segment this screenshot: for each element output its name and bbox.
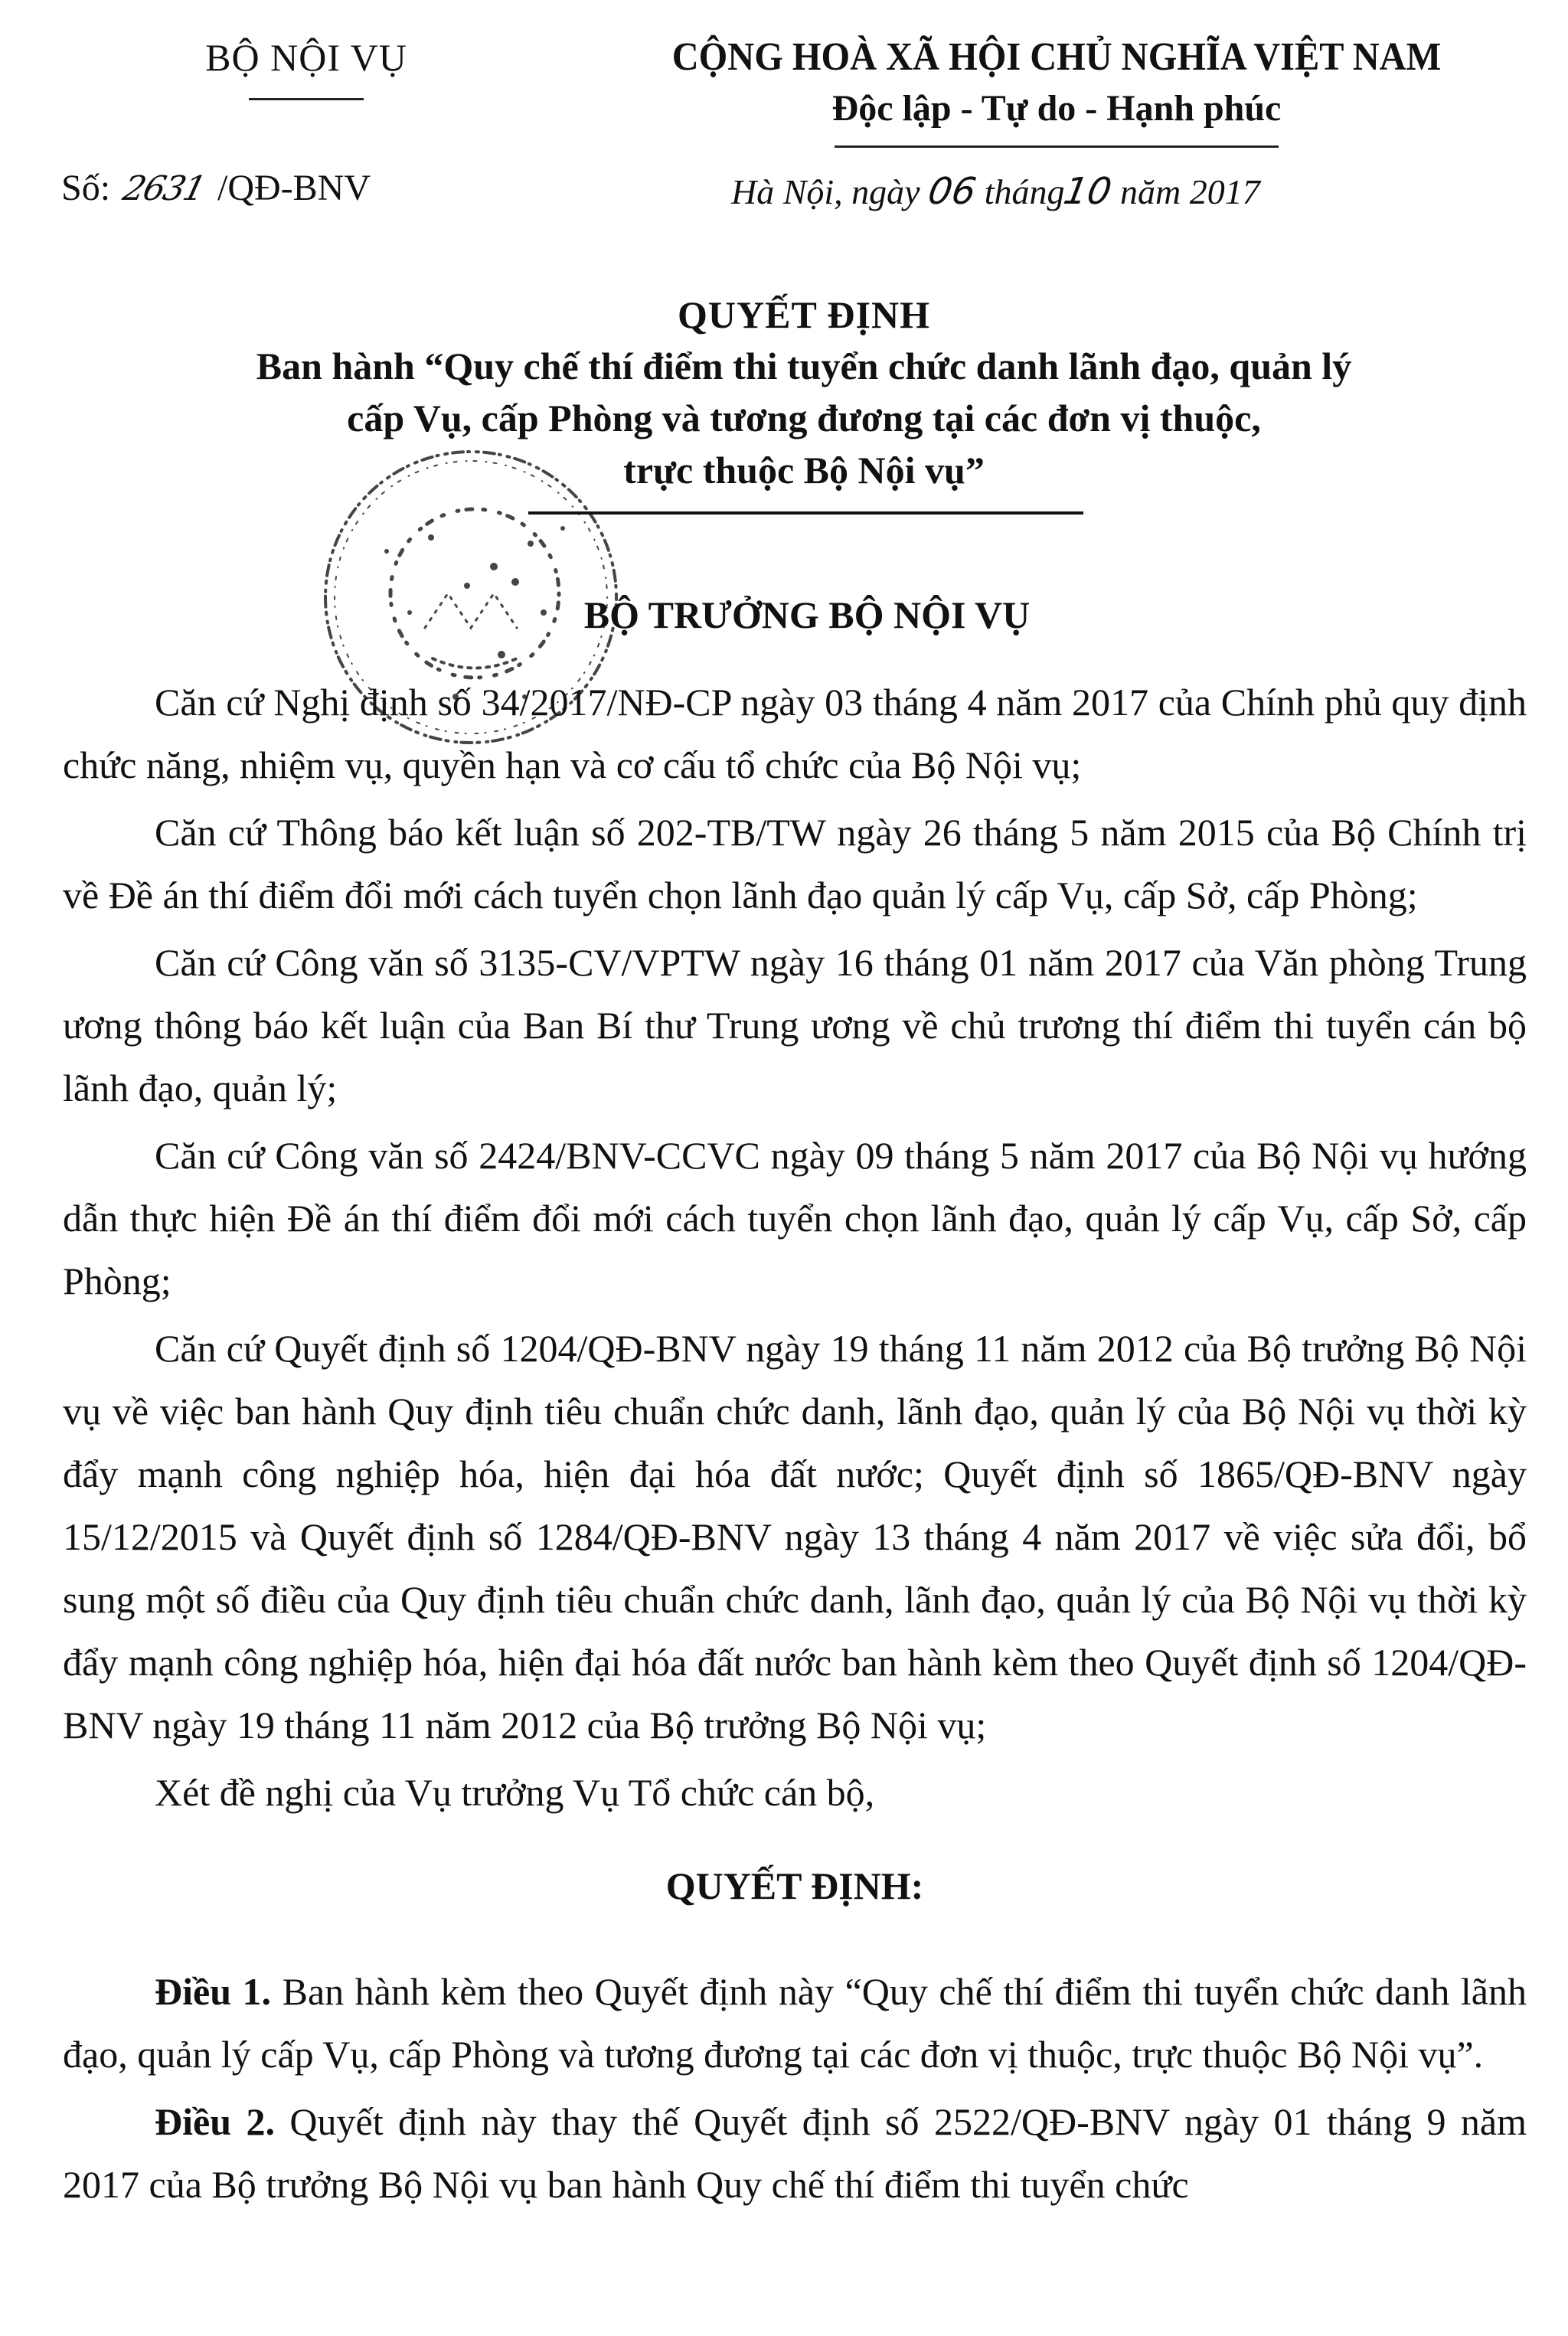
title-divider bbox=[528, 511, 1083, 515]
issue-date: Hà Nội, ngày 06 tháng10 năm 2017 bbox=[731, 170, 1260, 213]
date-day-handwritten: 06 bbox=[925, 170, 979, 213]
decision-title-block: QUYẾT ĐỊNH Ban hành “Quy chế thí điểm th… bbox=[100, 289, 1508, 496]
preamble-paragraph: Căn cứ Công văn số 3135-CV/VPTW ngày 16 … bbox=[63, 931, 1527, 1119]
article-2: Điều 2. Quyết định này thay thế Quyết đị… bbox=[63, 2090, 1527, 2216]
document-number-handwritten: 2631 bbox=[119, 169, 209, 208]
preamble-paragraph: Căn cứ Công văn số 2424/BNV-CCVC ngày 09… bbox=[63, 1124, 1527, 1312]
national-header: CỘNG HOÀ XÃ HỘI CHỦ NGHĨA VIỆT NAM Độc l… bbox=[551, 31, 1562, 148]
motto-divider bbox=[835, 145, 1279, 148]
national-title: CỘNG HOÀ XÃ HỘI CHỦ NGHĨA VIỆT NAM bbox=[586, 31, 1527, 84]
article-label: Điều 2. bbox=[155, 2100, 275, 2143]
date-prefix: Hà Nội, ngày bbox=[731, 172, 920, 211]
decision-subtitle-line: Ban hành “Quy chế thí điểm thi tuyển chứ… bbox=[100, 340, 1508, 392]
preamble-paragraph: Căn cứ Nghị định số 34/2017/NĐ-CP ngày 0… bbox=[63, 671, 1527, 796]
article-1: Điều 1. Ban hành kèm theo Quyết định này… bbox=[63, 1960, 1527, 2086]
article-text: Ban hành kèm theo Quyết định này “Quy ch… bbox=[63, 1970, 1527, 2076]
document-number-suffix: /QĐ-BNV bbox=[217, 168, 371, 208]
decision-heading: QUYẾT ĐỊNH: bbox=[63, 1859, 1527, 1913]
agency-block: BỘ NỘI VỤ bbox=[145, 31, 467, 100]
preamble-paragraph: Căn cứ Thông báo kết luận số 202-TB/TW n… bbox=[63, 801, 1527, 926]
document-body: Căn cứ Nghị định số 34/2017/NĐ-CP ngày 0… bbox=[63, 671, 1527, 2220]
agency-name: BỘ NỘI VỤ bbox=[145, 31, 467, 84]
article-text: Quyết định này thay thế Quyết định số 25… bbox=[63, 2100, 1527, 2206]
agency-divider bbox=[249, 98, 364, 100]
date-month-label: tháng bbox=[985, 172, 1065, 211]
decision-subtitle-line: trực thuộc Bộ Nội vụ” bbox=[100, 444, 1508, 496]
document-number: Số: 2631 /QĐ-BNV bbox=[61, 167, 371, 209]
document-number-label: Số: bbox=[61, 168, 110, 208]
decision-subtitle-line: cấp Vụ, cấp Phòng và tương đương tại các… bbox=[100, 392, 1508, 444]
decision-title: QUYẾT ĐỊNH bbox=[100, 289, 1508, 340]
document-page: BỘ NỘI VỤ Số: 2631 /QĐ-BNV CỘNG HOÀ XÃ H… bbox=[0, 0, 1568, 2336]
article-label: Điều 1. bbox=[155, 1970, 271, 2013]
date-suffix: năm 2017 bbox=[1120, 172, 1260, 211]
preamble-paragraph: Xét đề nghị của Vụ trưởng Vụ Tổ chức cán… bbox=[63, 1761, 1527, 1824]
date-month-handwritten: 10 bbox=[1061, 170, 1116, 213]
issuer-heading: BỘ TRƯỞNG BỘ NỘI VỤ bbox=[0, 588, 1568, 642]
preamble-paragraph: Căn cứ Quyết định số 1204/QĐ-BNV ngày 19… bbox=[63, 1317, 1527, 1756]
national-motto: Độc lập - Tự do - Hạnh phúc bbox=[551, 84, 1562, 133]
